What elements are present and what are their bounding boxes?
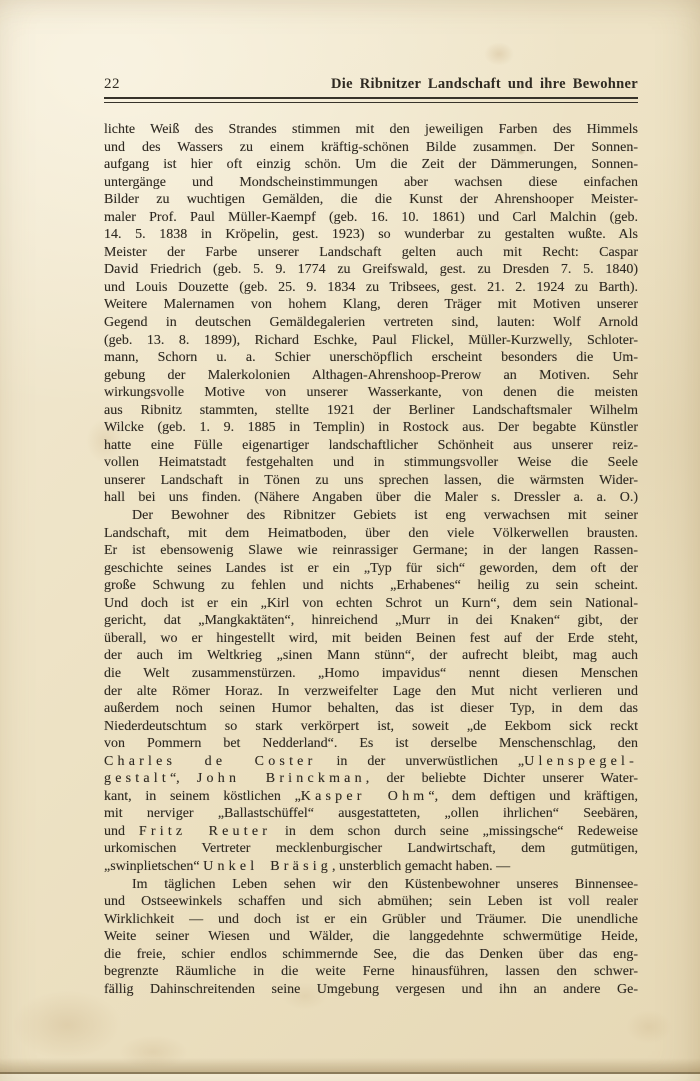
- text-line: und Louis Douzette (geb. 25. 9. 1834 zu …: [104, 279, 638, 297]
- text-line: geschichte seines Landes ist er ein „Typ…: [104, 560, 638, 578]
- letterspaced-name: Kasper Ohm: [301, 789, 429, 804]
- letterspaced-name: John Brinckman: [197, 771, 366, 786]
- text-line: gericht, dat „Mangkaktäten“, hinreichend…: [104, 612, 638, 630]
- text-line: begrenzte Räumliche in die weite Ferne h…: [104, 963, 638, 981]
- text-line: fällig Dahinschreitenden seine Umgebung …: [104, 981, 638, 999]
- text-line: vollen Heimatstadt festgehalten und in s…: [104, 454, 638, 472]
- paragraph: Der Bewohner des Ribnitzer Gebiets ist e…: [104, 507, 638, 875]
- text-line: die Welt zusammenstürzen. „Homo impavidu…: [104, 665, 638, 683]
- letterspaced-name: Charles de Coster: [104, 754, 316, 769]
- text-line: untergänge und Mondscheinstimmungen aber…: [104, 174, 638, 192]
- text-line: David Friedrich (geb. 5. 9. 1774 zu Grei…: [104, 261, 638, 279]
- next-page-edge: [0, 1074, 700, 1081]
- text-line: Wirklichkeit — und doch ist er ein Grübl…: [104, 911, 638, 929]
- text-line: wirkungsvolle Motive von unserer Wasserk…: [104, 384, 638, 402]
- text-line: gebung der Malerkolonien Althagen-Ahrens…: [104, 367, 638, 385]
- page-header: 22 Die Ribnitzer Landschaft und ihre Bew…: [104, 76, 638, 103]
- text-line: überall, wo er hingestellt wird, mit bei…: [104, 630, 638, 648]
- text-line: maler Prof. Paul Müller-Kaempf (geb. 16.…: [104, 209, 638, 227]
- text-line: große Schwung zu fehlen und nichts „Erha…: [104, 577, 638, 595]
- text-line: und Ostseewinkels schaffen und sich abmü…: [104, 893, 638, 911]
- text-line: Der Bewohner des Ribnitzer Gebiets ist e…: [104, 507, 638, 525]
- text-line: Gegend in deutschen Gemäldegalerien vert…: [104, 314, 638, 332]
- text-line: „swinplietschen“ Unkel Bräsig, unsterbli…: [104, 858, 638, 876]
- letterspaced-name: Ulenspegel-: [524, 754, 638, 769]
- letterspaced-name: Fritz Reuter: [139, 824, 271, 839]
- text-line: und des Wassers zu einem kräftig-schönen…: [104, 139, 638, 157]
- text-line: Wilcke (geb. 1. 9. 1885 in Templin) in R…: [104, 419, 638, 437]
- running-head: 22 Die Ribnitzer Landschaft und ihre Bew…: [104, 76, 638, 93]
- text-line: Charles de Coster in der unverwüstlichen…: [104, 753, 638, 771]
- page-number: 22: [104, 76, 120, 93]
- text-line: aus Ribnitz stammten, stellte 1921 der B…: [104, 402, 638, 420]
- text-line: Landschaft, mit dem Heimatboden, über de…: [104, 525, 638, 543]
- letterspaced-name: Unkel Bräsig: [203, 859, 332, 874]
- text-line: mit nerviger „Ballastschüffel“ ausgestat…: [104, 805, 638, 823]
- text-line: aufgang ist hier oft einzig schön. Um di…: [104, 156, 638, 174]
- text-line: kant, in seinem köstlichen „Kasper Ohm“,…: [104, 788, 638, 806]
- running-title: Die Ribnitzer Landschaft und ihre Bewohn…: [331, 76, 638, 93]
- text-line: Meister der Farbe unserer Landschaft gel…: [104, 244, 638, 262]
- text-line: unserer Landschaft in Tönen zu uns sprec…: [104, 472, 638, 490]
- text-line: Er ist ebensowenig Slawe wie reinrassige…: [104, 542, 638, 560]
- text-line: Weite seiner Wiesen und Wälder, die lang…: [104, 928, 638, 946]
- text-line: mann, Schorn u. a. Schier unerschöpflich…: [104, 349, 638, 367]
- text-line: Niederdeutschtum so stark verkörpert ist…: [104, 718, 638, 736]
- text-line: urkomischen Vertreter mecklenburgischer …: [104, 840, 638, 858]
- text-line: Bilder zu wuchtigen Gemälden, die die Ku…: [104, 191, 638, 209]
- paper-stain: [626, 1010, 672, 1044]
- text-line: und Fritz Reuter in dem schon durch sein…: [104, 823, 638, 841]
- text-line: die freie, schier endlos schimmernde See…: [104, 946, 638, 964]
- paper-stain: [484, 42, 514, 66]
- page-bottom-shadow: [0, 1058, 700, 1072]
- text-line: von Pommern bet Nedderland“. Es ist ders…: [104, 735, 638, 753]
- letterspaced-name: gestalt: [104, 771, 170, 786]
- text-line: (geb. 13. 8. 1899), Richard Eschke, Paul…: [104, 332, 638, 350]
- book-page-scan: 22 Die Ribnitzer Landschaft und ihre Bew…: [0, 0, 700, 1081]
- text-line: der alte Römer Horaz. In verzweifelter L…: [104, 683, 638, 701]
- text-line: Und doch ist er ein „Kirl von echten Sch…: [104, 595, 638, 613]
- text-line: lichte Weiß des Strandes stimmen mit den…: [104, 121, 638, 139]
- text-line: hall bei uns finden. (Nähere Angaben übe…: [104, 489, 638, 507]
- text-line: der auch im Weltkrieg „sinen Mann stünn“…: [104, 647, 638, 665]
- text-line: 14. 5. 1838 in Kröpelin, gest. 1923) so …: [104, 226, 638, 244]
- text-line: außerdem noch seinen Humor behalten, das…: [104, 700, 638, 718]
- paper-stain: [12, 990, 122, 1060]
- text-line: hatte eine Fülle eigenartiger landschaft…: [104, 437, 638, 455]
- paragraph: lichte Weiß des Strandes stimmen mit den…: [104, 121, 638, 507]
- text-line: gestalt“, John Brinckman, der beliebte D…: [104, 770, 638, 788]
- text-line: Weitere Malernamen von hohem Klang, dere…: [104, 296, 638, 314]
- text-line: Im täglichen Leben sehen wir den Küstenb…: [104, 876, 638, 894]
- header-rule: [104, 97, 638, 103]
- page-body: lichte Weiß des Strandes stimmen mit den…: [104, 121, 638, 998]
- paragraph: Im täglichen Leben sehen wir den Küstenb…: [104, 876, 638, 999]
